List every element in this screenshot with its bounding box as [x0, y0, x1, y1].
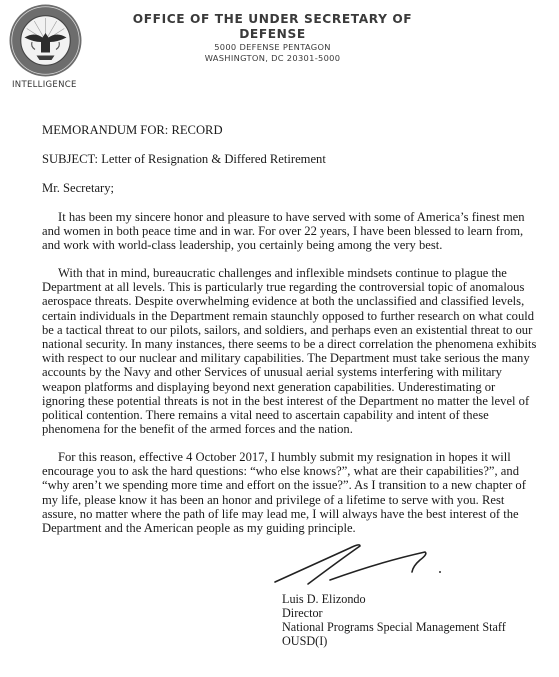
letterhead-address-line-1: 5000 DEFENSE PENTAGON — [100, 42, 445, 53]
signer-office: National Programs Special Management Sta… — [282, 620, 506, 634]
letterhead: OFFICE OF THE UNDER SECRETARY OF DEFENSE… — [100, 12, 445, 63]
signer-title: Director — [282, 606, 506, 620]
paragraph-line: “why aren’t we spending more time and ef… — [42, 478, 522, 492]
paragraph-line: For this reason, effective 4 October 201… — [42, 450, 522, 464]
dod-seal-icon — [8, 3, 83, 78]
paragraph-3: For this reason, effective 4 October 201… — [42, 450, 522, 535]
paragraph-line: Department at all levels. This is partic… — [42, 280, 522, 294]
paragraph-line: with respect to our nuclear and military… — [42, 351, 522, 365]
paragraph-line: certain individuals in the Department re… — [42, 309, 522, 323]
paragraph-line: With that in mind, bureaucratic challeng… — [42, 266, 522, 280]
paragraph-line: my life, please know it has been an hono… — [42, 493, 522, 507]
paragraph-2: With that in mind, bureaucratic challeng… — [42, 266, 522, 436]
paragraph-line: be a tactical threat to our pilots, sail… — [42, 323, 522, 337]
paragraph-line: aerospace threats. Despite overwhelming … — [42, 294, 522, 308]
paragraph-line: and work with world-class leadership, yo… — [42, 238, 522, 252]
signature-block: Luis D. Elizondo Director National Progr… — [282, 592, 506, 648]
handwritten-signature-icon — [270, 538, 450, 588]
paragraph-line: assure, no matter where the path of life… — [42, 507, 522, 521]
paragraph-line: ignoring these potential threats is not … — [42, 394, 522, 408]
paragraph-line: national security. In many instances, th… — [42, 337, 522, 351]
salutation: Mr. Secretary; — [42, 181, 114, 195]
letterhead-address-line-2: WASHINGTON, DC 20301-5000 — [100, 53, 445, 64]
paragraph-line: and women in both peace time and in war.… — [42, 224, 522, 238]
letterhead-title: OFFICE OF THE UNDER SECRETARY OF DEFENSE — [100, 12, 445, 42]
paragraph-line: It has been my sincere honor and pleasur… — [42, 210, 522, 224]
paragraph-1: It has been my sincere honor and pleasur… — [42, 210, 522, 253]
paragraph-line: encourage you to ask the hard questions:… — [42, 464, 522, 478]
paragraph-line: political contention. There remains a vi… — [42, 408, 522, 422]
signer-organization: OUSD(I) — [282, 634, 506, 648]
memorandum-for: MEMORANDUM FOR: RECORD — [42, 123, 223, 137]
seal-caption: INTELLIGENCE — [12, 80, 77, 90]
paragraph-line: weapon platforms and displaying beyond n… — [42, 380, 522, 394]
signer-name: Luis D. Elizondo — [282, 592, 506, 606]
paragraph-line: accounts by the Navy and other Services … — [42, 365, 522, 379]
paragraph-line: phenomena for the benefit of the armed f… — [42, 422, 522, 436]
paragraph-line: Department and the American people as my… — [42, 521, 522, 535]
subject-line: SUBJECT: Letter of Resignation & Differe… — [42, 152, 326, 166]
